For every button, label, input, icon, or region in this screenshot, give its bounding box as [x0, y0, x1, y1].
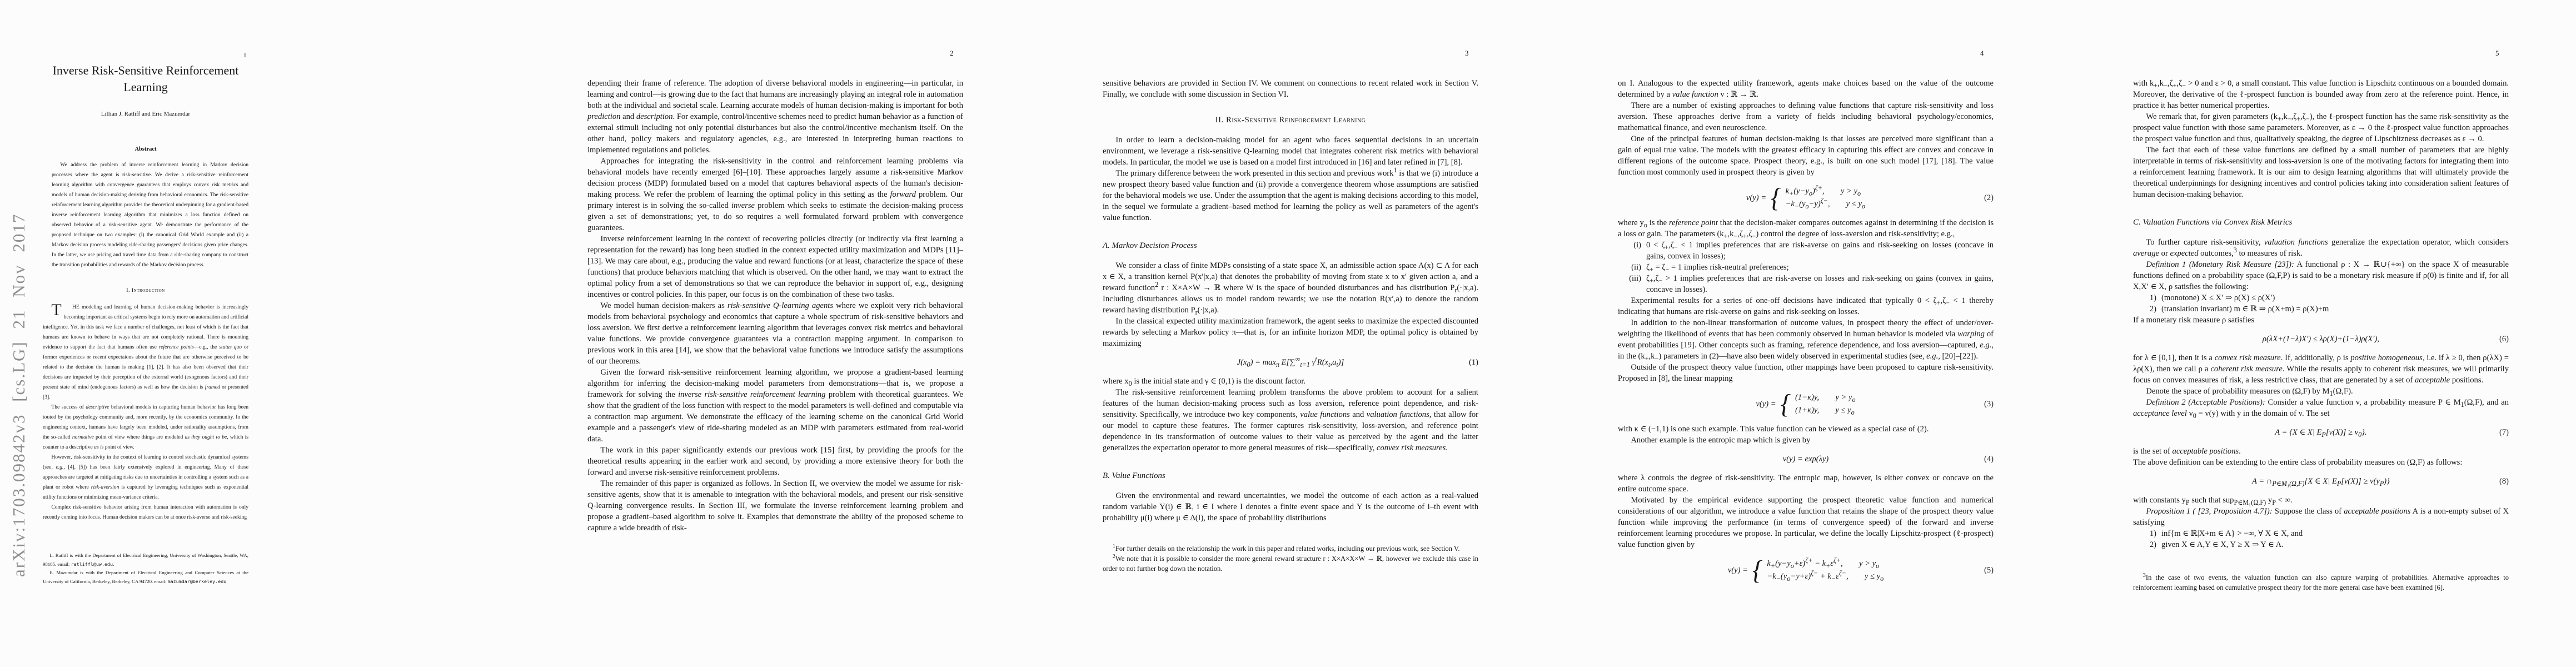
list-item: 2)(translation invariant) m ∈ ℝ ⇒ ρ(X+m)…	[2133, 303, 2509, 315]
paragraph: depending their frame of reference. The …	[587, 78, 963, 156]
equation-cases: v(y) ={(1−κ)y, y > yo(1+κ)y, y ≤ yo	[1756, 392, 1855, 416]
footnote: E. Mazumdar is with the Department of El…	[43, 569, 248, 586]
list-item-label: 2)	[2133, 303, 2161, 315]
equation-body: A = {X ∈ X| EP[v(X)] ≥ v0}.	[2275, 428, 2366, 437]
list-item-label: (i)	[1618, 240, 1646, 262]
subsection-heading: C. Valuation Functions via Convex Risk M…	[2133, 217, 2509, 228]
page: 4on I. Analogous to the expected utility…	[1546, 0, 2061, 667]
paragraph: on I. Analogous to the expected utility …	[1618, 78, 1994, 100]
subsection-heading: A. Markov Decision Process	[1103, 240, 1478, 251]
page-number: 2	[950, 49, 954, 58]
paragraph: Motivated by the empirical evidence supp…	[1618, 495, 1994, 550]
equation-number: (1)	[1469, 357, 1478, 368]
footnote: 2We note that it is possible to consider…	[1103, 554, 1478, 574]
cases-brace-glyph: {	[1752, 558, 1762, 582]
footnote: 1For further details on the relationship…	[1103, 544, 1478, 554]
paragraph: If a monetary risk measure ρ satisfies	[2133, 315, 2509, 326]
paragraph: The work in this paper significantly ext…	[587, 445, 963, 478]
cases-stack: k+(y−yo+ε)ζ+ − k+εζ+, y > yo−k−(yo−y+ε)ζ…	[1767, 558, 1884, 582]
equation-case-line: (1−κ)y, y > yo	[1795, 392, 1856, 403]
cases-stack: k+(y−yo)ζ+, y > yo−k−(yo−y)ζ−, y ≤ yo	[1786, 186, 1865, 210]
equation-case-line: −k−(yo−y+ε)ζ− + k−εζ−, y ≤ yo	[1767, 571, 1884, 582]
paragraph: sensitive behaviors are provided in Sect…	[1103, 78, 1478, 100]
paragraph: The remainder of this paper is organized…	[587, 478, 963, 534]
list-item-text: inf{m ∈ ℝ|X+m ∈ A} > −∞, ∀ X ∈ X, and	[2161, 528, 2509, 539]
equation-case-line: k+(y−yo+ε)ζ+ − k+εζ+, y > yo	[1767, 558, 1879, 569]
equation: J(x0) = maxπ E[∑∞t=1 γtR(xt,at)](1)	[1103, 357, 1478, 368]
equation-number: (7)	[2499, 427, 2509, 438]
page-number: 5	[2495, 49, 2499, 58]
paragraph: The fact that each of these value functi…	[2133, 145, 2509, 200]
paragraph: Experimental results for a series of one…	[1618, 295, 1994, 317]
paragraph: There are a number of existing approache…	[1618, 100, 1994, 133]
paragraph: Given the forward risk-sensitive reinfor…	[587, 367, 963, 445]
list-item-text: (monotone) X ≤ X′ ⇒ ρ(X) ≤ ρ(X′)	[2161, 292, 2509, 303]
page-number: 3	[1465, 49, 1469, 58]
list-item-label: (ii)	[1618, 262, 1646, 273]
footnotes: 3In the case of two events, the valuatio…	[2133, 573, 2509, 593]
section-heading: I. Introduction	[43, 286, 248, 296]
paragraph: In the classical expected utility maximi…	[1103, 316, 1478, 349]
paragraph: with k+,k−,ζ+,ζ− > 0 and ε > 0, a small …	[2133, 78, 2509, 111]
equation-number: (6)	[2499, 333, 2509, 345]
paragraph: Denote the space of probability measures…	[2133, 386, 2509, 397]
paragraph: Definition 2 (Acceptable Positions): Con…	[2133, 397, 2509, 419]
equation-number: (4)	[1984, 454, 1994, 465]
paragraph: The above definition can be extending to…	[2133, 457, 2509, 468]
page: 1arXiv:1703.09842v3 [cs.LG] 21 Nov 2017I…	[0, 0, 515, 667]
list-item: (i)0 < ζ+,ζ− < 1 implies preferences tha…	[1618, 240, 1994, 262]
equation-case-line: (1+κ)y, y ≤ yo	[1795, 405, 1855, 416]
arxiv-watermark: arXiv:1703.09842v3 [cs.LG] 21 Nov 2017	[9, 213, 29, 577]
paragraph: where λ controls the degree of risk-sens…	[1618, 472, 1994, 495]
text-column: on I. Analogous to the expected utility …	[1618, 78, 1994, 590]
cases-brace-glyph: {	[1771, 186, 1781, 210]
paragraph: Inverse reinforcement learning in the co…	[587, 233, 963, 300]
equation: v(y) ={(1−κ)y, y > yo(1+κ)y, y ≤ yo(3)	[1618, 392, 1994, 416]
abstract-text: We address the problem of inverse reinfo…	[52, 160, 248, 270]
paragraph: In addition to the non-linear transforma…	[1618, 317, 1994, 362]
cases-brace-glyph: {	[1781, 392, 1791, 416]
equation-case-line: k+(y−yo)ζ+, y > yo	[1786, 186, 1861, 197]
equation-number: (3)	[1984, 399, 1994, 410]
equation-cases: v(y) ={k+(y−yo)ζ+, y > yo−k−(yo−y)ζ−, y …	[1746, 186, 1865, 210]
paragraph: with κ ∈ (−1,1) is one such example. Thi…	[1618, 424, 1994, 435]
list-item: (iii)ζ+,ζ− > 1 implies preferences that …	[1618, 273, 1994, 295]
page: 5with k+,k−,ζ+,ζ− > 0 and ε > 0, a small…	[2061, 0, 2576, 667]
equation-case-line: −k−(yo−y)ζ−, y ≤ yo	[1786, 198, 1865, 210]
text-column: sensitive behaviors are provided in Sect…	[1103, 78, 1478, 524]
paragraph: To further capture risk-sensitivity, val…	[2133, 237, 2509, 259]
list-item-text: given X ∈ A,Y ∈ X, Y ≥ X ⇒ Y ∈ A.	[2161, 539, 2509, 550]
paragraph: Given the environmental and reward uncer…	[1103, 490, 1478, 524]
equation-body: J(x0) = maxπ E[∑∞t=1 γtR(xt,at)]	[1237, 358, 1344, 367]
equation-body: A = ∩P∈M₁(Ω,F){X ∈ X| EP[v(X)] ≥ v(yP)}	[2252, 477, 2390, 486]
list-item-text: 0 < ζ+,ζ− < 1 implies preferences that a…	[1646, 240, 1994, 262]
equation-lhs: v(y) =	[1728, 565, 1748, 576]
footnotes: 1For further details on the relationship…	[1103, 544, 1478, 574]
paragraph: is the set of acceptable positions.	[2133, 446, 2509, 457]
paragraph: One of the principal features of human d…	[1618, 133, 1994, 178]
cases-stack: (1−κ)y, y > yo(1+κ)y, y ≤ yo	[1795, 392, 1856, 416]
footnote: 3In the case of two events, the valuatio…	[2133, 573, 2509, 593]
paper-title: Inverse Risk-Sensitive Reinforcement Lea…	[43, 62, 248, 96]
page-number: 4	[1980, 49, 1984, 58]
equation-number: (5)	[1984, 565, 1994, 576]
list-item: (ii)ζ+ = ζ− = 1 implies risk-neutral pre…	[1618, 262, 1994, 273]
equation-lhs: v(y) =	[1756, 399, 1776, 410]
paragraph: The primary difference between the work …	[1103, 168, 1478, 223]
list-item: 2)given X ∈ A,Y ∈ X, Y ≥ X ⇒ Y ∈ A.	[2133, 539, 2509, 550]
paragraph: We remark that, for given parameters (k+…	[2133, 111, 2509, 145]
paragraph: for λ ∈ [0,1], then it is a convex risk …	[2133, 352, 2509, 386]
list-item-text: (translation invariant) m ∈ ℝ ⇒ ρ(X+m) =…	[2161, 303, 2509, 315]
paragraph: We model human decision-makers as risk-s…	[587, 300, 963, 367]
page: 2depending their frame of reference. The…	[515, 0, 1030, 667]
equation: v(y) ={k+(y−yo)ζ+, y > yo−k−(yo−y)ζ−, y …	[1618, 186, 1994, 210]
page-number: 1	[243, 52, 247, 59]
footnote: L. Ratliff is with the Department of Ele…	[43, 551, 248, 569]
page: 3sensitive behaviors are provided in Sec…	[1030, 0, 1546, 667]
paragraph: Outside of the prospect theory value fun…	[1618, 362, 1994, 384]
text-column: Inverse Risk-Sensitive Reinforcement Lea…	[43, 62, 248, 522]
equation-body: v(y) = exp(λy)	[1783, 455, 1829, 464]
paragraph: The success of descriptive behavioral mo…	[43, 402, 248, 452]
equation: v(y) = exp(λy)(4)	[1618, 454, 1994, 465]
equation-number: (2)	[1984, 192, 1994, 203]
paragraph: where yo is the reference point that the…	[1618, 217, 1994, 240]
paper-authors: Lillian J. Ratliff and Eric Mazumdar	[43, 109, 248, 119]
abstract-heading: Abstract	[43, 145, 248, 155]
text-column: depending their frame of reference. The …	[587, 78, 963, 534]
equation-number: (8)	[2499, 476, 2509, 487]
list-item: 1)inf{m ∈ ℝ|X+m ∈ A} > −∞, ∀ X ∈ X, and	[2133, 528, 2509, 539]
paragraph: We consider a class of finite MDPs consi…	[1103, 260, 1478, 316]
list-item-label: 2)	[2133, 539, 2161, 550]
paragraph: However, risk-sensitivity in the context…	[43, 452, 248, 502]
text-column: with k+,k−,ζ+,ζ− > 0 and ε > 0, a small …	[2133, 78, 2509, 550]
paragraph: Approaches for integrating the risk-sens…	[587, 156, 963, 233]
paragraph: with constants yP such that supP∈M₁(Ω,F)…	[2133, 495, 2509, 506]
list-item: 1)(monotone) X ≤ X′ ⇒ ρ(X) ≤ ρ(X′)	[2133, 292, 2509, 303]
paragraph: THE modeling and learning of human decis…	[43, 302, 248, 402]
equation-lhs: v(y) =	[1746, 192, 1766, 203]
section-heading: II. Risk-Sensitive Reinforcement Learnin…	[1103, 115, 1478, 126]
paragraph: The risk-sensitive reinforcement learnin…	[1103, 387, 1478, 454]
equation-cases: v(y) ={k+(y−yo+ε)ζ+ − k+εζ+, y > yo−k−(y…	[1728, 558, 1884, 582]
paragraph: Definition 1 (Monetary Risk Measure [23]…	[2133, 259, 2509, 292]
paragraph: In order to learn a decision-making mode…	[1103, 135, 1478, 168]
equation: ρ(λX+(1−λ)X′) ≤ λρ(X)+(1−λ)ρ(X′),(6)	[2133, 333, 2509, 345]
footnotes: L. Ratliff is with the Department of Ele…	[43, 551, 248, 586]
list-item-label: (iii)	[1618, 273, 1646, 295]
equation-body: ρ(λX+(1−λ)X′) ≤ λρ(X)+(1−λ)ρ(X′),	[2263, 335, 2379, 344]
list-item-text: ζ+ = ζ− = 1 implies risk-neutral prefere…	[1646, 262, 1994, 273]
equation: A = {X ∈ X| EP[v(X)] ≥ v0}.(7)	[2133, 427, 2509, 438]
list-item-label: 1)	[2133, 528, 2161, 539]
list-item-text: ζ+,ζ− > 1 implies preferences that are r…	[1646, 273, 1994, 295]
list-item-label: 1)	[2133, 292, 2161, 303]
equation: A = ∩P∈M₁(Ω,F){X ∈ X| EP[v(X)] ≥ v(yP)}(…	[2133, 476, 2509, 487]
paragraph: where x0 is the initial state and γ ∈ (0…	[1103, 376, 1478, 387]
paragraph: Complex risk-sensitive behavior arising …	[43, 502, 248, 522]
subsection-heading: B. Value Functions	[1103, 470, 1478, 481]
paragraph: Another example is the entropic map whic…	[1618, 435, 1994, 446]
equation: v(y) ={k+(y−yo+ε)ζ+ − k+εζ+, y > yo−k−(y…	[1618, 558, 1994, 582]
paragraph: Proposition 1 ( [23, Proposition 4.7]): …	[2133, 506, 2509, 528]
